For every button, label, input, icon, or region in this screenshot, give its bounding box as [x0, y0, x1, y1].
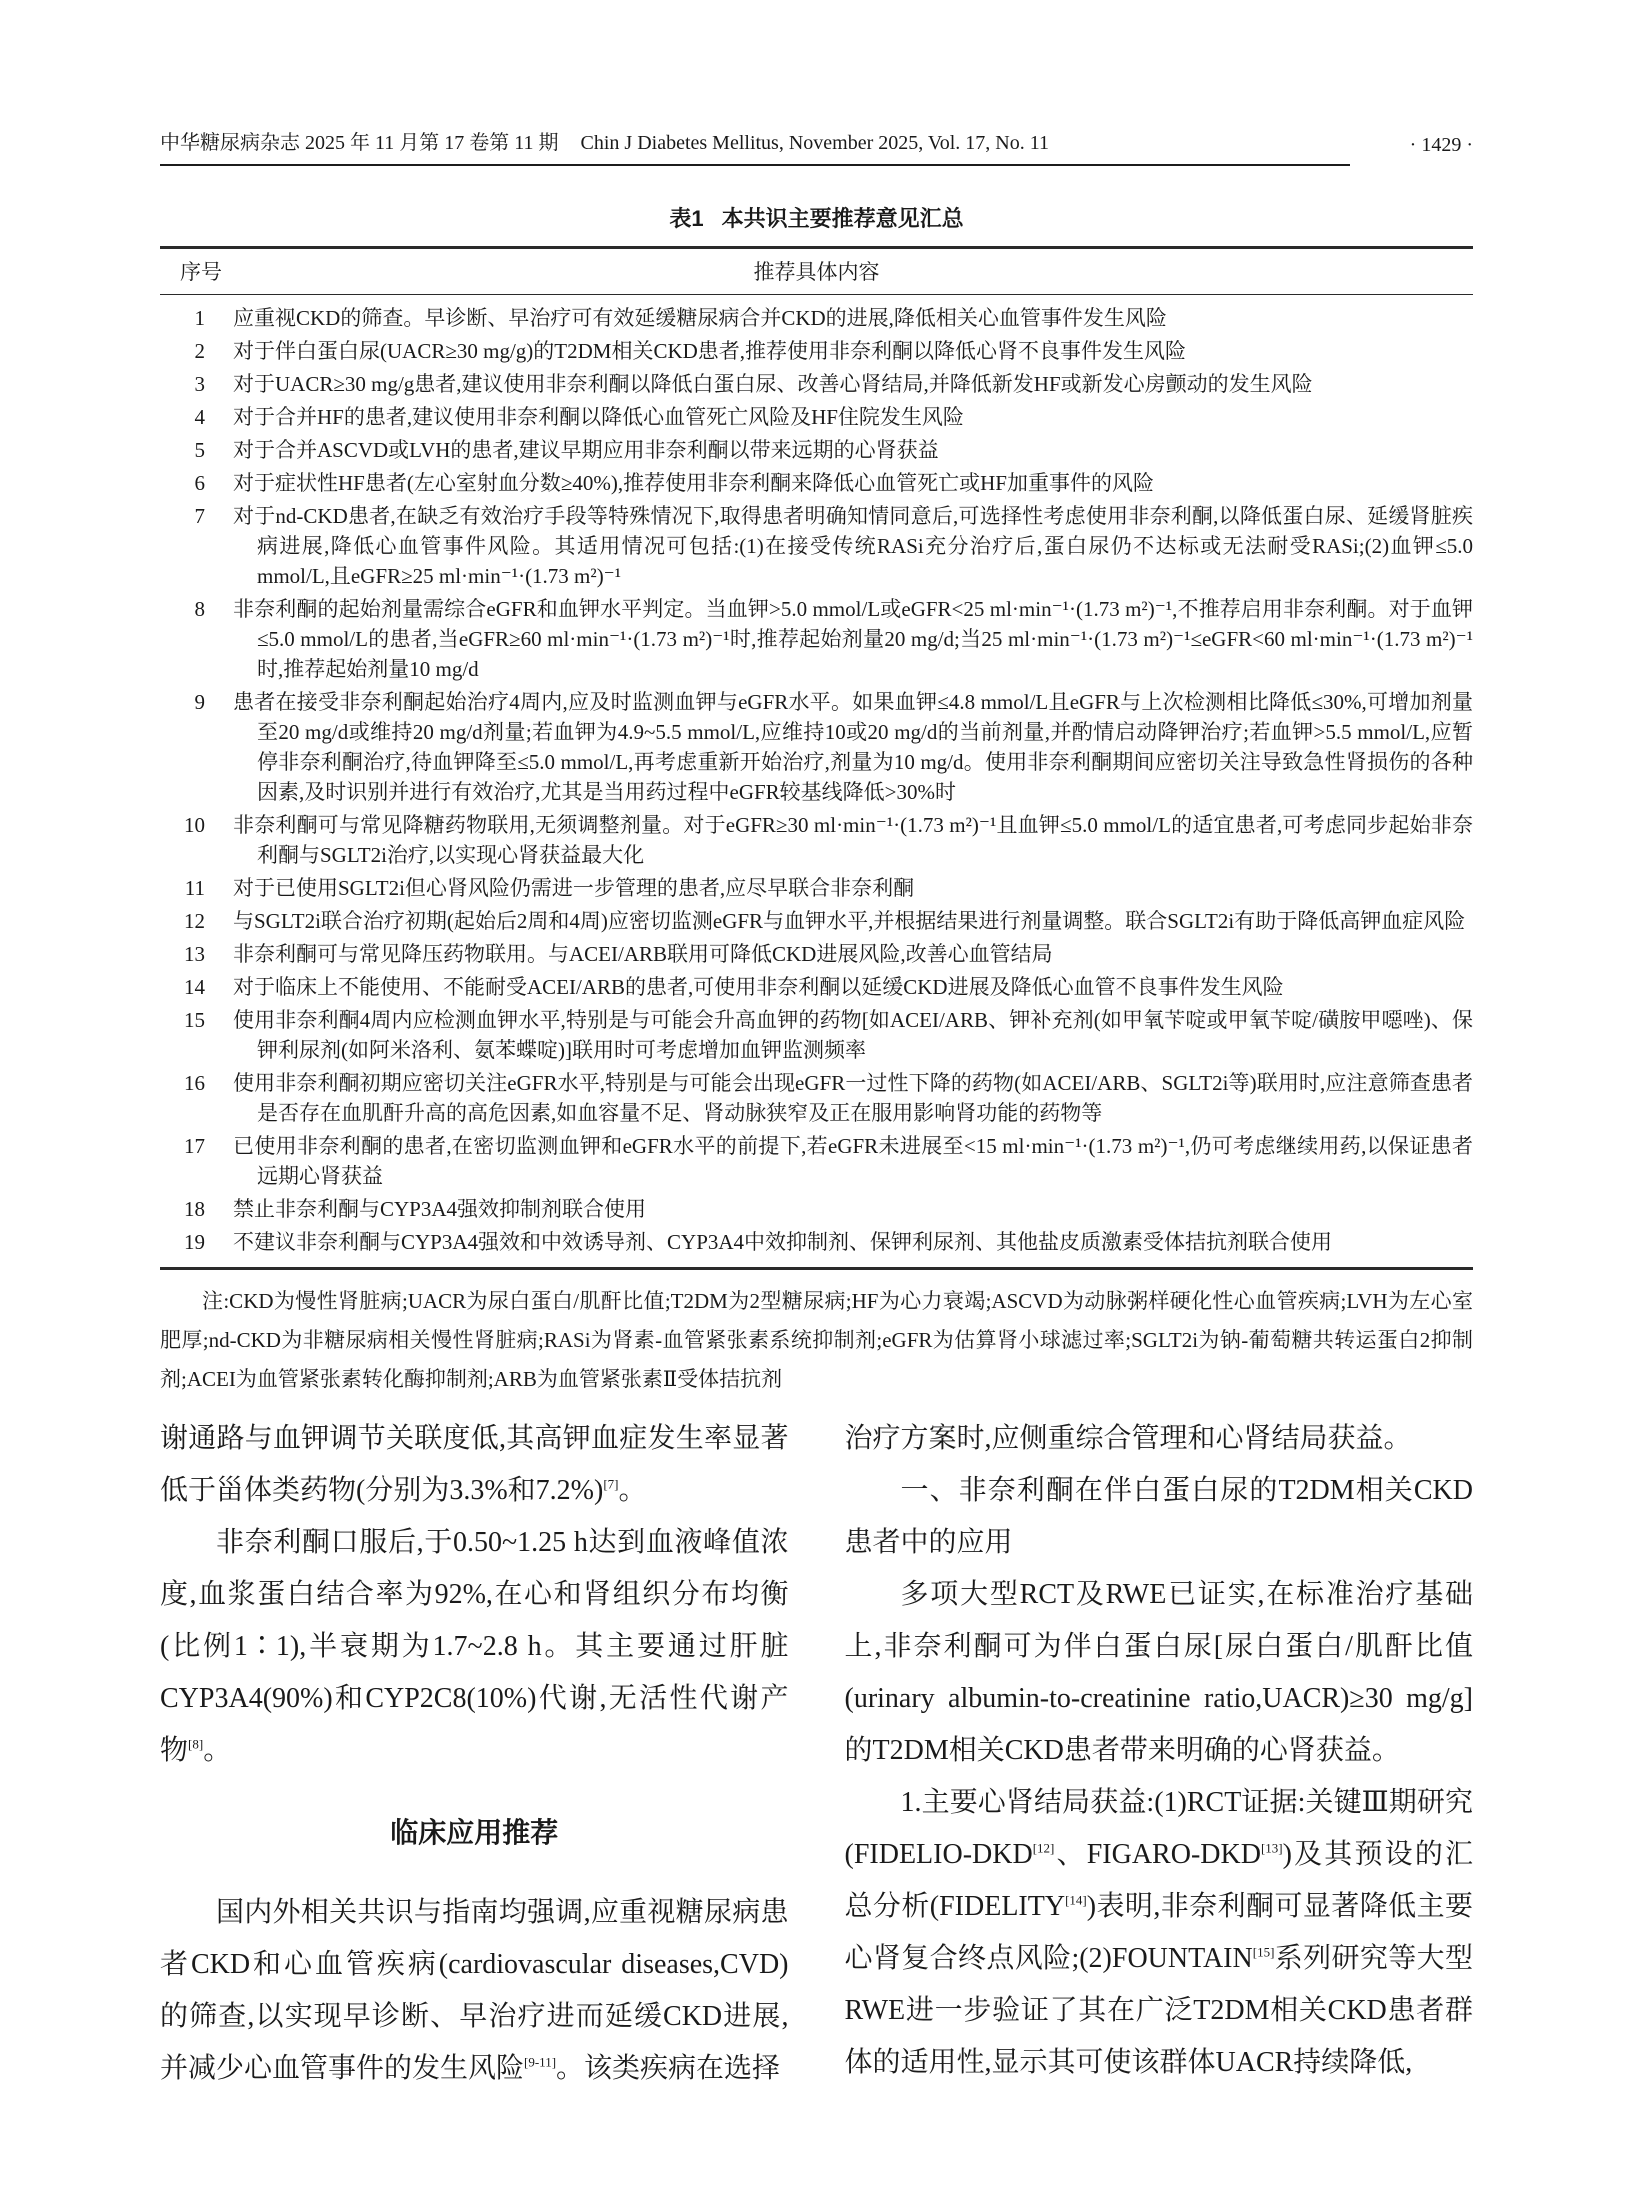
paragraph: 谢通路与血钾调节关联度低,其高钾血症发生率显著低于甾体类药物(分别为3.3%和7…	[160, 1413, 789, 1517]
row-number: 17	[160, 1131, 205, 1191]
paragraph: 多项大型RCT及RWE已证实,在标准治疗基础上,非奈利酮可为伴白蛋白尿[尿白蛋白…	[845, 1569, 1474, 1777]
table-row: 2 对于伴白蛋白尿(UACR≥30 mg/g)的T2DM相关CKD患者,推荐使用…	[160, 336, 1473, 366]
row-number: 5	[160, 435, 205, 465]
row-number: 19	[160, 1227, 205, 1257]
row-recommendation-text: 禁止非奈利酮与CYP3A4强效抑制剂联合使用	[233, 1194, 1473, 1224]
row-recommendation-text: 对于临床上不能使用、不能耐受ACEI/ARB的患者,可使用非奈利酮以延缓CKD进…	[233, 972, 1473, 1002]
running-head: 中华糖尿病杂志 2025 年 11 月第 17 卷第 11 期Chin J Di…	[160, 126, 1473, 166]
recommendations-table: 序号 推荐具体内容 1 应重视CKD的筛查。早诊断、早治疗可有效延缓糖尿病合并C…	[160, 246, 1473, 1270]
table-row: 4 对于合并HF的患者,建议使用非奈利酮以降低心血管死亡风险及HF住院发生风险	[160, 402, 1473, 432]
row-recommendation-text: 对于已使用SGLT2i但心肾风险仍需进一步管理的患者,应尽早联合非奈利酮	[233, 873, 1473, 903]
left-column: 谢通路与血钾调节关联度低,其高钾血症发生率显著低于甾体类药物(分别为3.3%和7…	[160, 1413, 789, 2095]
row-number: 4	[160, 402, 205, 432]
table-row: 8 非奈利酮的起始剂量需综合eGFR和血钾水平判定。当血钾>5.0 mmol/L…	[160, 594, 1473, 684]
body-columns: 谢通路与血钾调节关联度低,其高钾血症发生率显著低于甾体类药物(分别为3.3%和7…	[160, 1413, 1473, 2095]
row-number: 6	[160, 468, 205, 498]
column-header-no: 序号	[180, 256, 222, 286]
table-row: 10 非奈利酮可与常见降糖药物联用,无须调整剂量。对于eGFR≥30 ml·mi…	[160, 810, 1473, 870]
row-number: 9	[160, 687, 205, 807]
table-caption: 本共识主要推荐意见汇总	[722, 206, 964, 231]
table-row: 6 对于症状性HF患者(左心室射血分数≥40%),推荐使用非奈利酮来降低心血管死…	[160, 468, 1473, 498]
table-title: 表1本共识主要推荐意见汇总	[160, 202, 1473, 233]
table-footnote: 注:CKD为慢性肾脏病;UACR为尿白蛋白/肌酐比值;T2DM为2型糖尿病;HF…	[160, 1282, 1473, 1399]
table-row: 13 非奈利酮可与常见降压药物联用。与ACEI/ARB联用可降低CKD进展风险,…	[160, 939, 1473, 969]
row-number: 8	[160, 594, 205, 684]
row-number: 11	[160, 873, 205, 903]
journal-title-cn: 中华糖尿病杂志 2025 年 11 月第 17 卷第 11 期	[160, 132, 559, 154]
paragraph: 治疗方案时,应侧重综合管理和心肾结局获益。	[845, 1413, 1474, 1465]
table-row: 5 对于合并ASCVD或LVH的患者,建议早期应用非奈利酮以带来远期的心肾获益	[160, 435, 1473, 465]
row-recommendation-text: 非奈利酮可与常见降压药物联用。与ACEI/ARB联用可降低CKD进展风险,改善心…	[233, 939, 1473, 969]
table-row: 9 患者在接受非奈利酮起始治疗4周内,应及时监测血钾与eGFR水平。如果血钾≤4…	[160, 687, 1473, 807]
section-heading: 临床应用推荐	[160, 1807, 789, 1859]
column-header-content: 推荐具体内容	[754, 260, 880, 284]
row-number: 14	[160, 972, 205, 1002]
row-recommendation-text: 对于UACR≥30 mg/g患者,建议使用非奈利酮以降低白蛋白尿、改善心肾结局,…	[233, 369, 1473, 399]
row-number: 7	[160, 501, 205, 591]
row-recommendation-text: 对于症状性HF患者(左心室射血分数≥40%),推荐使用非奈利酮来降低心血管死亡或…	[233, 468, 1473, 498]
table-number: 表1	[669, 206, 703, 231]
row-number: 1	[160, 303, 205, 333]
row-number: 18	[160, 1194, 205, 1224]
row-recommendation-text: 与SGLT2i联合治疗初期(起始后2周和4周)应密切监测eGFR与血钾水平,并根…	[233, 906, 1473, 936]
journal-title-en: Chin J Diabetes Mellitus, November 2025,…	[581, 132, 1050, 154]
table-row: 12 与SGLT2i联合治疗初期(起始后2周和4周)应密切监测eGFR与血钾水平…	[160, 906, 1473, 936]
row-number: 10	[160, 810, 205, 870]
row-number: 2	[160, 336, 205, 366]
table-row: 18 禁止非奈利酮与CYP3A4强效抑制剂联合使用	[160, 1194, 1473, 1224]
table-row: 15 使用非奈利酮4周内应检测血钾水平,特别是与可能会升高血钾的药物[如ACEI…	[160, 1005, 1473, 1065]
row-recommendation-text: 使用非奈利酮4周内应检测血钾水平,特别是与可能会升高血钾的药物[如ACEI/AR…	[233, 1005, 1473, 1065]
table-row: 7 对于nd-CKD患者,在缺乏有效治疗手段等特殊情况下,取得患者明确知情同意后…	[160, 501, 1473, 591]
table-header-row: 序号 推荐具体内容	[160, 249, 1473, 295]
row-recommendation-text: 已使用非奈利酮的患者,在密切监测血钾和eGFR水平的前提下,若eGFR未进展至<…	[233, 1131, 1473, 1191]
row-recommendation-text: 使用非奈利酮初期应密切关注eGFR水平,特别是与可能会出现eGFR一过性下降的药…	[233, 1068, 1473, 1128]
row-recommendation-text: 非奈利酮可与常见降糖药物联用,无须调整剂量。对于eGFR≥30 ml·min⁻¹…	[233, 810, 1473, 870]
row-recommendation-text: 应重视CKD的筛查。早诊断、早治疗可有效延缓糖尿病合并CKD的进展,降低相关心血…	[233, 303, 1473, 333]
page-number: · 1429 ·	[1410, 134, 1473, 166]
table-row: 17 已使用非奈利酮的患者,在密切监测血钾和eGFR水平的前提下,若eGFR未进…	[160, 1131, 1473, 1191]
table-row: 16 使用非奈利酮初期应密切关注eGFR水平,特别是与可能会出现eGFR一过性下…	[160, 1068, 1473, 1128]
journal-page: 中华糖尿病杂志 2025 年 11 月第 17 卷第 11 期Chin J Di…	[0, 0, 1633, 2095]
row-recommendation-text: 对于nd-CKD患者,在缺乏有效治疗手段等特殊情况下,取得患者明确知情同意后,可…	[233, 501, 1473, 591]
paragraph: 1.主要心肾结局获益:(1)RCT证据:关键Ⅲ期研究(FIDELIO-DKD[1…	[845, 1777, 1474, 2089]
journal-identity: 中华糖尿病杂志 2025 年 11 月第 17 卷第 11 期Chin J Di…	[160, 126, 1350, 166]
row-recommendation-text: 非奈利酮的起始剂量需综合eGFR和血钾水平判定。当血钾>5.0 mmol/L或e…	[233, 594, 1473, 684]
row-recommendation-text: 对于合并ASCVD或LVH的患者,建议早期应用非奈利酮以带来远期的心肾获益	[233, 435, 1473, 465]
table-row: 14 对于临床上不能使用、不能耐受ACEI/ARB的患者,可使用非奈利酮以延缓C…	[160, 972, 1473, 1002]
table-row: 19 不建议非奈利酮与CYP3A4强效和中效诱导剂、CYP3A4中效抑制剂、保钾…	[160, 1227, 1473, 1257]
table-row: 11 对于已使用SGLT2i但心肾风险仍需进一步管理的患者,应尽早联合非奈利酮	[160, 873, 1473, 903]
row-number: 12	[160, 906, 205, 936]
row-number: 15	[160, 1005, 205, 1065]
table-body: 1 应重视CKD的筛查。早诊断、早治疗可有效延缓糖尿病合并CKD的进展,降低相关…	[160, 295, 1473, 1267]
table-row: 3 对于UACR≥30 mg/g患者,建议使用非奈利酮以降低白蛋白尿、改善心肾结…	[160, 369, 1473, 399]
paragraph: 国内外相关共识与指南均强调,应重视糖尿病患者CKD和心血管疾病(cardiova…	[160, 1887, 789, 2095]
paragraph: 非奈利酮口服后,于0.50~1.25 h达到血液峰值浓度,血浆蛋白结合率为92%…	[160, 1517, 789, 1777]
table-row: 1 应重视CKD的筛查。早诊断、早治疗可有效延缓糖尿病合并CKD的进展,降低相关…	[160, 303, 1473, 333]
row-recommendation-text: 对于合并HF的患者,建议使用非奈利酮以降低心血管死亡风险及HF住院发生风险	[233, 402, 1473, 432]
row-recommendation-text: 患者在接受非奈利酮起始治疗4周内,应及时监测血钾与eGFR水平。如果血钾≤4.8…	[233, 687, 1473, 807]
row-number: 13	[160, 939, 205, 969]
row-recommendation-text: 对于伴白蛋白尿(UACR≥30 mg/g)的T2DM相关CKD患者,推荐使用非奈…	[233, 336, 1473, 366]
row-number: 16	[160, 1068, 205, 1128]
row-recommendation-text: 不建议非奈利酮与CYP3A4强效和中效诱导剂、CYP3A4中效抑制剂、保钾利尿剂…	[233, 1227, 1473, 1257]
right-column: 治疗方案时,应侧重综合管理和心肾结局获益。 一、非奈利酮在伴白蛋白尿的T2DM相…	[845, 1413, 1474, 2095]
row-number: 3	[160, 369, 205, 399]
subsection-heading: 一、非奈利酮在伴白蛋白尿的T2DM相关CKD患者中的应用	[845, 1465, 1474, 1569]
